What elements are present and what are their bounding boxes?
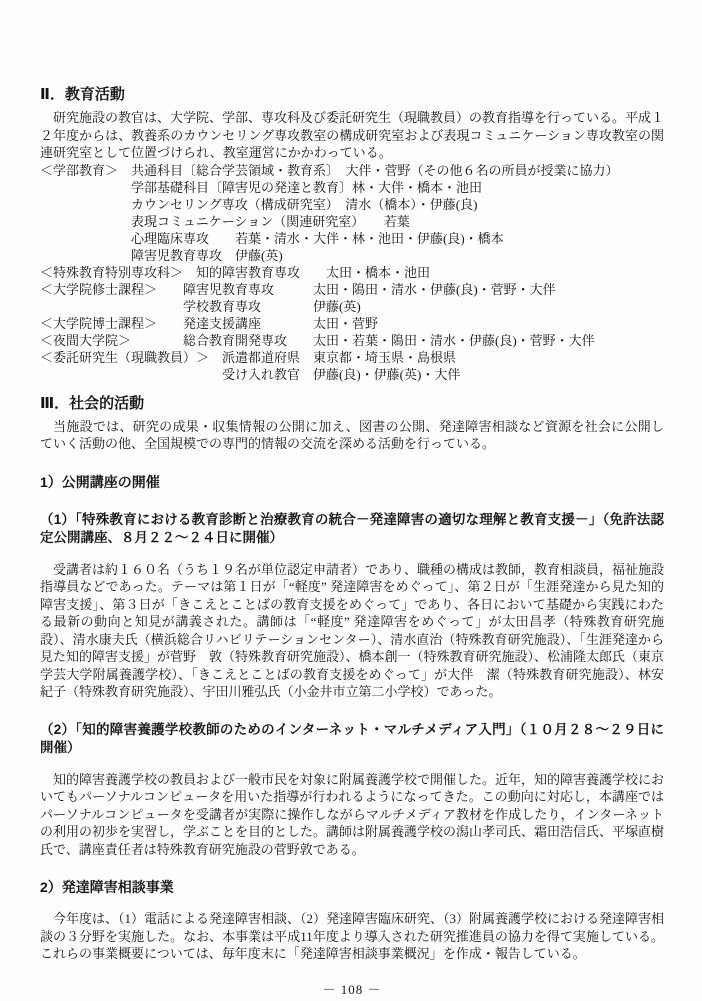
program-line: 学校教育専攻 伊藤(英) <box>40 298 664 315</box>
lecture1-title: （1）「特殊教育における教育診断と治療教育の統合－発達障害の適切な理解と教育支援… <box>40 511 664 547</box>
program-line: ＜委託研究生（現職教員）＞ 派遣都道府県 東京都・埼玉県・島根県 <box>40 349 664 366</box>
program-line: ＜夜間大学院＞ 総合教育開発専攻 太田・若葉・隝田・清水・伊藤(良)・菅野・大伴 <box>40 332 664 349</box>
education-intro-paragraph: 研究施設の教官は、大学院、学部、専攻科及び委託研究生（現職教員）の教育指導を行っ… <box>40 109 664 162</box>
lecture2-title: （2）「知的障害養護学校教師のためのインターネット・マルチメディア入門」（１０月… <box>40 721 664 757</box>
program-line: ＜大学院修士課程＞ 障害児教育専攻 太田・隝田・清水・伊藤(良)・菅野・大伴 <box>40 281 664 298</box>
program-line: 表現コミュニケーション（関連研究室） 若葉 <box>40 213 664 230</box>
lecture2-body-paragraph: 知的障害養護学校の教員および一般市民を対象に附属養護学校で開催した。近年，知的障… <box>40 771 664 859</box>
program-line: 学部基礎科目〔障害児の発達と教育〕林・大伴・橋本・池田 <box>40 179 664 196</box>
subsection-heading-consultation: 2）発達障害相談事業 <box>40 878 664 896</box>
program-line: ＜学部教育＞ 共通科目〔総合学芸領域・教育系〕 大伴・菅野（その他６名の所員が授… <box>40 162 664 179</box>
program-line: 心理臨床専攻 若葉・清水・大伴・林・池田・伊藤(良)・橋本 <box>40 230 664 247</box>
program-line: カウンセリング専攻（構成研究室） 清水（橋本）・伊藤(良) <box>40 196 664 213</box>
scanned-document-page: Ⅱ．教育活動 研究施設の教官は、大学院、学部、専攻科及び委託研究生（現職教員）の… <box>0 0 702 1001</box>
lecture1-body-paragraph: 受講者は約１６０名（うち１９名が単位認定申請者）であり、職種の構成は教師，教育相… <box>40 561 664 701</box>
page-number: － 108 － <box>40 981 664 998</box>
program-line: 受け入れ教官 伊藤(良)・伊藤(英)・大伴 <box>40 366 664 383</box>
subsection-heading-open-lectures: 1）公開講座の開催 <box>40 473 664 491</box>
social-intro-paragraph: 当施設では、研究の成果・収集情報の公開に加え、図書の公開、発達障害相談など資源を… <box>40 418 664 453</box>
section-heading-education: Ⅱ．教育活動 <box>40 86 664 104</box>
program-line: ＜特殊教育特別専攻科＞ 知的障害教育専攻 太田・橋本・池田 <box>40 264 664 281</box>
consultation-body-paragraph: 今年度は、（1）電話による発達障害相談、（2）発達障害臨床研究、（3）附属養護学… <box>40 910 664 963</box>
program-line: 障害児教育専攻 伊藤(英) <box>40 247 664 264</box>
program-line: ＜大学院博士課程＞ 発達支援講座 太田・菅野 <box>40 315 664 332</box>
education-program-list: ＜学部教育＞ 共通科目〔総合学芸領域・教育系〕 大伴・菅野（その他６名の所員が授… <box>40 162 664 383</box>
section-heading-social: Ⅲ．社会的活動 <box>40 395 664 413</box>
